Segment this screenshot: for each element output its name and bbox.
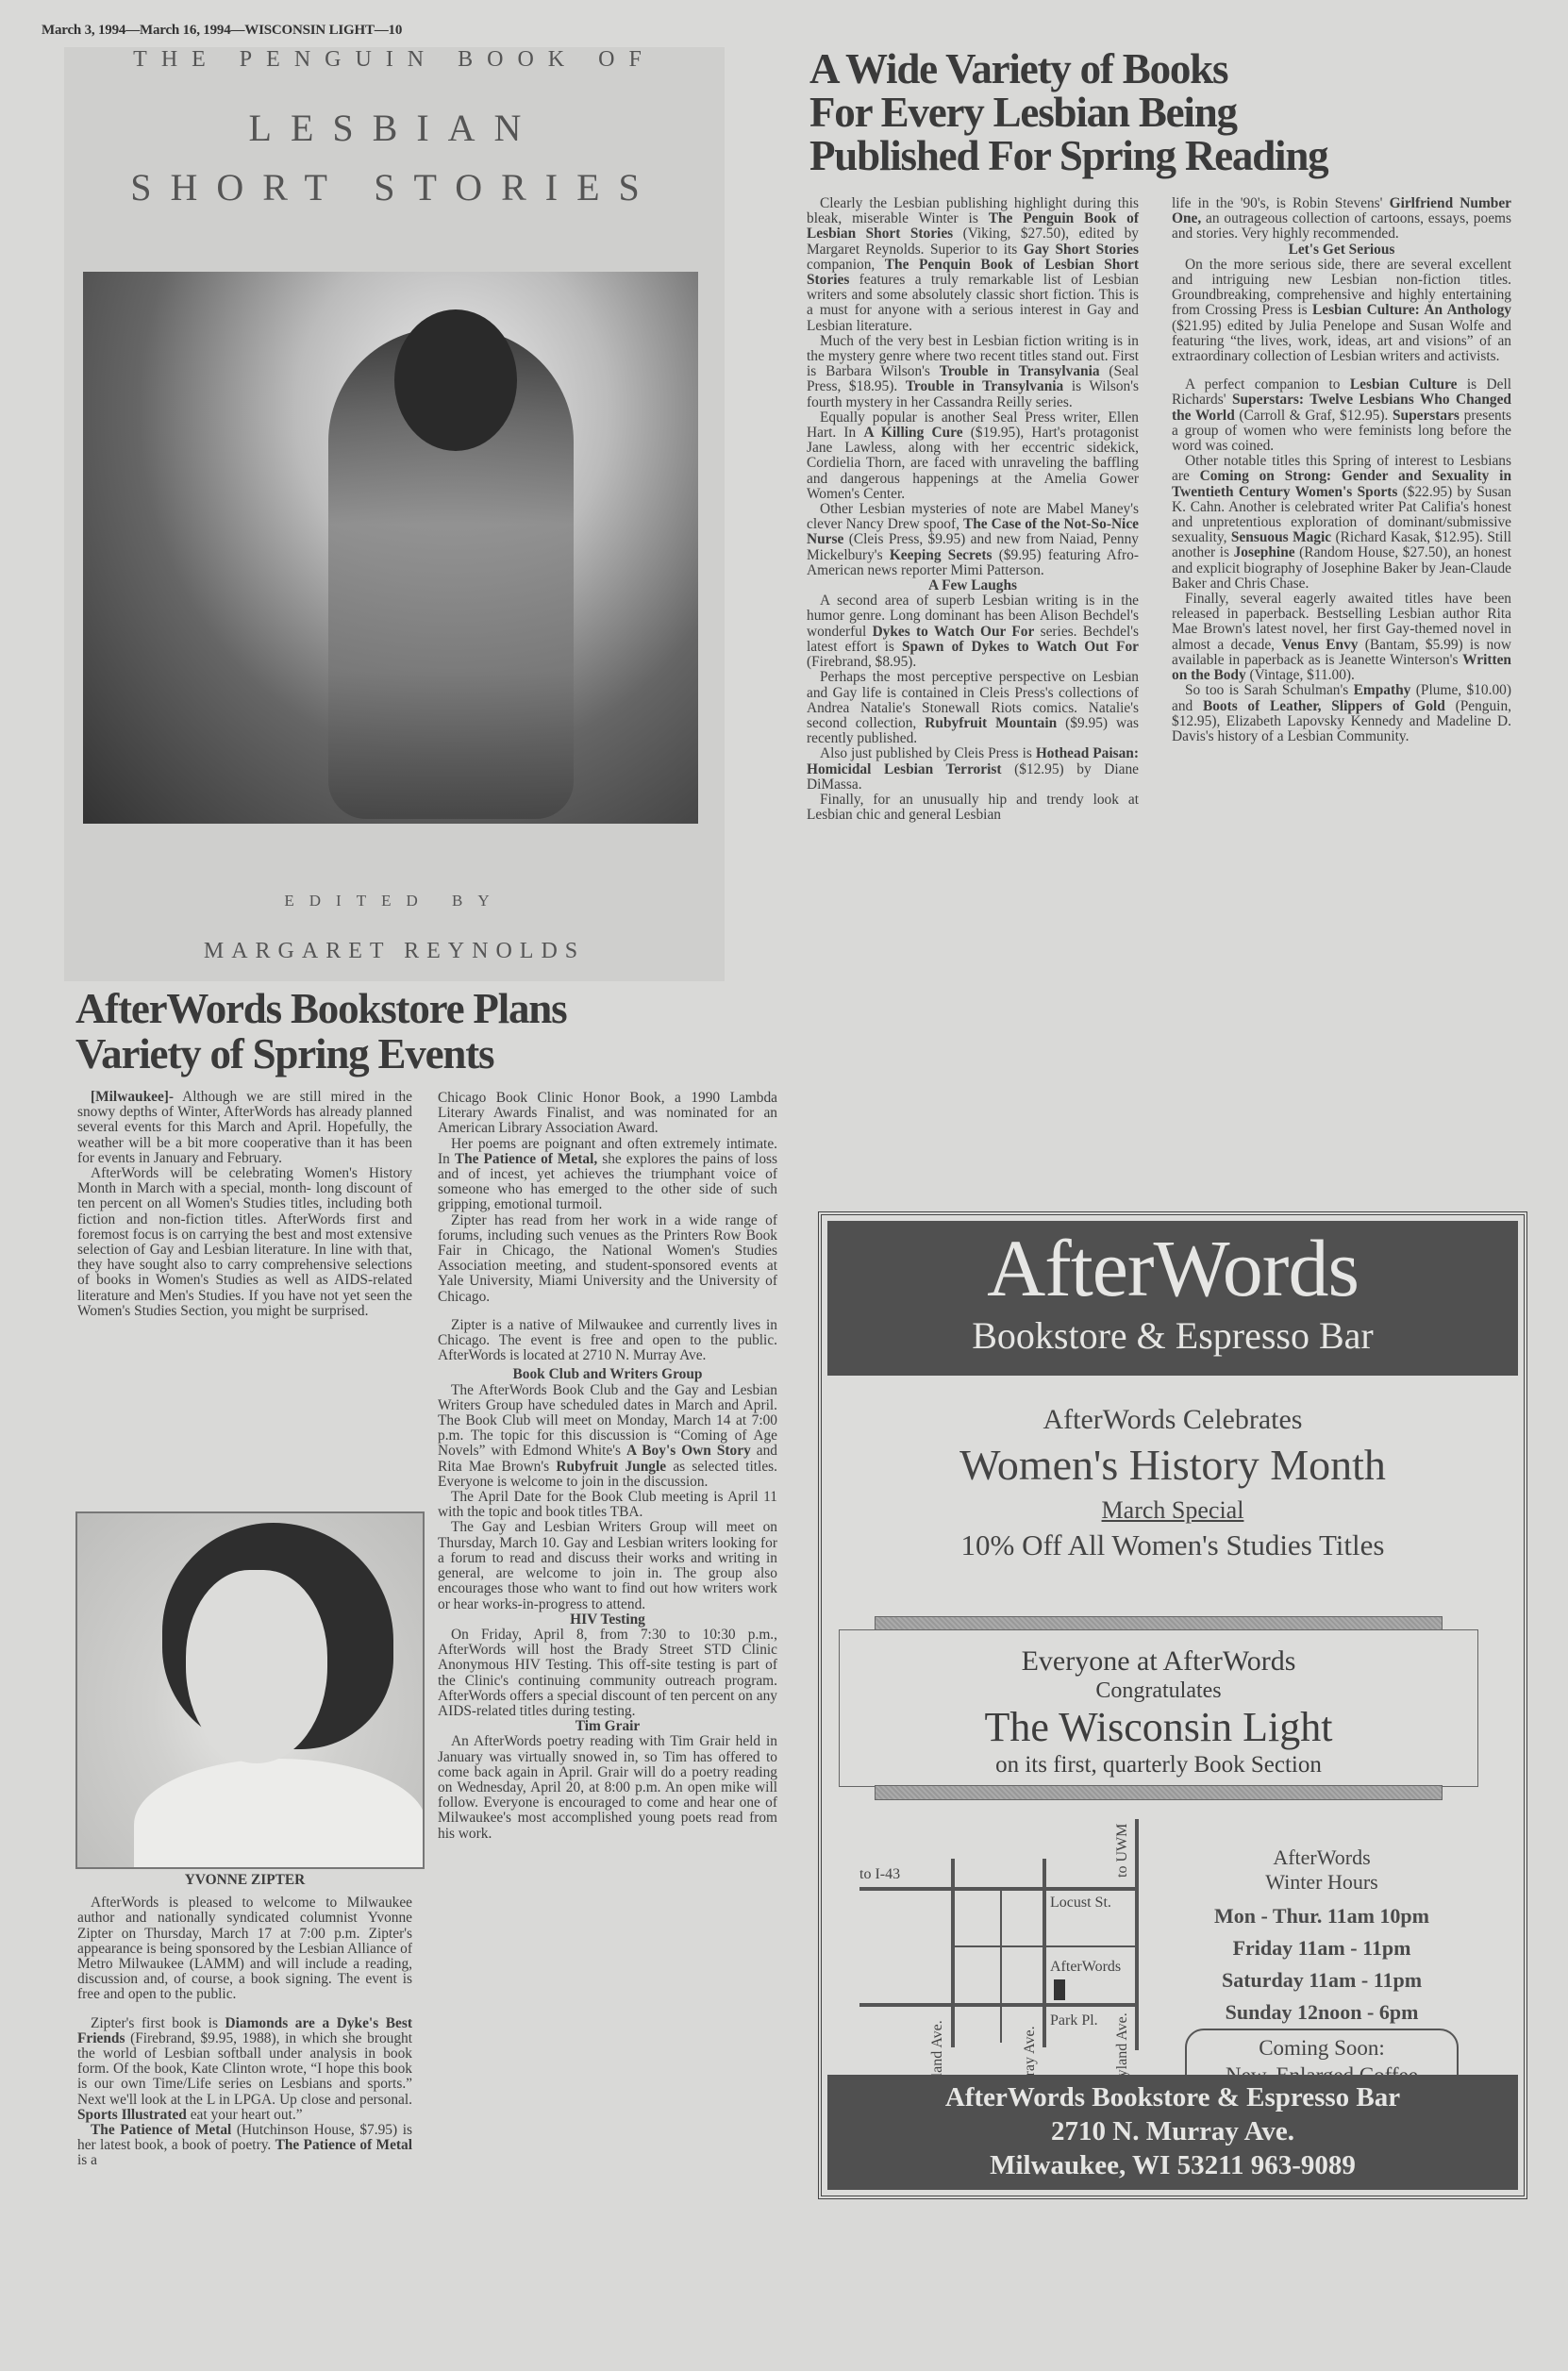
congratulations-box: Everyone at AfterWords Congratulates The… bbox=[839, 1616, 1478, 1800]
hours-row: Friday 11am - 11pm bbox=[1176, 1932, 1468, 1964]
ad-brand: AfterWords bbox=[827, 1221, 1518, 1315]
ad-tagline: Bookstore & Espresso Bar bbox=[827, 1315, 1518, 1357]
left-article-headline: AfterWords Bookstore Plans Variety of Sp… bbox=[75, 986, 566, 1077]
right-article-column-1: Clearly the Lesbian publishing highlight… bbox=[807, 196, 1139, 823]
map-label-uwm: to UWM bbox=[1114, 1824, 1131, 1878]
map-label-i43: to I-43 bbox=[859, 1866, 900, 1883]
cover-title-line-1: THE PENGUIN BOOK OF bbox=[64, 47, 725, 73]
afterwords-advertisement: AfterWords Bookstore & Espresso Bar Afte… bbox=[818, 1211, 1527, 2199]
cover-photo bbox=[83, 272, 698, 824]
subhead-hiv-testing: HIV Testing bbox=[438, 1612, 777, 1628]
cover-title-line-2: LESBIAN bbox=[64, 106, 725, 150]
cover-edited-by: EDITED BY bbox=[64, 892, 725, 910]
right-article-column-2: life in the '90's, is Robin Stevens' Gir… bbox=[1172, 196, 1511, 744]
subhead-tim-grair: Tim Grair bbox=[438, 1719, 777, 1734]
page-folio: March 3, 1994—March 16, 1994—WISCONSIN L… bbox=[42, 23, 402, 39]
winter-hours: AfterWords Winter Hours Mon - Thur. 11am… bbox=[1176, 1845, 1468, 2029]
ad-march-special: March Special bbox=[822, 1496, 1524, 1525]
cover-figure-head bbox=[394, 309, 517, 451]
hours-row: Sunday 12noon - 6pm bbox=[1176, 1996, 1468, 2029]
book-cover-image: THE PENGUIN BOOK OF LESBIAN SHORT STORIE… bbox=[64, 47, 725, 981]
ad-celebrates: AfterWords Celebrates bbox=[822, 1404, 1524, 1436]
store-marker-icon bbox=[1054, 1979, 1065, 2000]
subhead-few-laughs: A Few Laughs bbox=[807, 578, 1139, 593]
photo-caption: YVONNE ZIPTER bbox=[77, 1873, 412, 1888]
hours-row: Saturday 11am - 11pm bbox=[1176, 1964, 1468, 1996]
right-article-headline: A Wide Variety of Books For Every Lesbia… bbox=[809, 47, 1327, 177]
ad-discount-offer: 10% Off All Women's Studies Titles bbox=[822, 1528, 1524, 1562]
map-label-locust: Locust St. bbox=[1050, 1895, 1111, 1912]
left-article-column-2: Chicago Book Clinic Honor Book, a 1990 L… bbox=[438, 1091, 777, 1842]
left-article-column-1b: YVONNE ZIPTER AfterWords is pleased to w… bbox=[77, 1873, 412, 2169]
location-map: to I-43 Locust St. AfterWords Park Pl. t… bbox=[850, 1819, 1171, 2093]
hours-row: Mon - Thur. 11am 10pm bbox=[1176, 1900, 1468, 1932]
subhead-book-club: Book Club and Writers Group bbox=[438, 1367, 777, 1382]
ad-header: AfterWords Bookstore & Espresso Bar bbox=[827, 1221, 1518, 1376]
ad-footer-address: AfterWords Bookstore & Espresso Bar 2710… bbox=[827, 2075, 1518, 2190]
ad-womens-history-month: Women's History Month bbox=[822, 1440, 1524, 1490]
map-label-park: Park Pl. bbox=[1050, 2012, 1098, 2029]
author-photo bbox=[75, 1511, 425, 1869]
left-article-column-1: [Milwaukee]- Although we are still mired… bbox=[77, 1090, 412, 1319]
cover-title-line-3: SHORT STORIES bbox=[64, 165, 725, 209]
subhead-lets-get-serious: Let's Get Serious bbox=[1172, 242, 1511, 258]
cover-editor: MARGARET REYNOLDS bbox=[64, 939, 725, 964]
map-label-store: AfterWords bbox=[1050, 1959, 1121, 1976]
